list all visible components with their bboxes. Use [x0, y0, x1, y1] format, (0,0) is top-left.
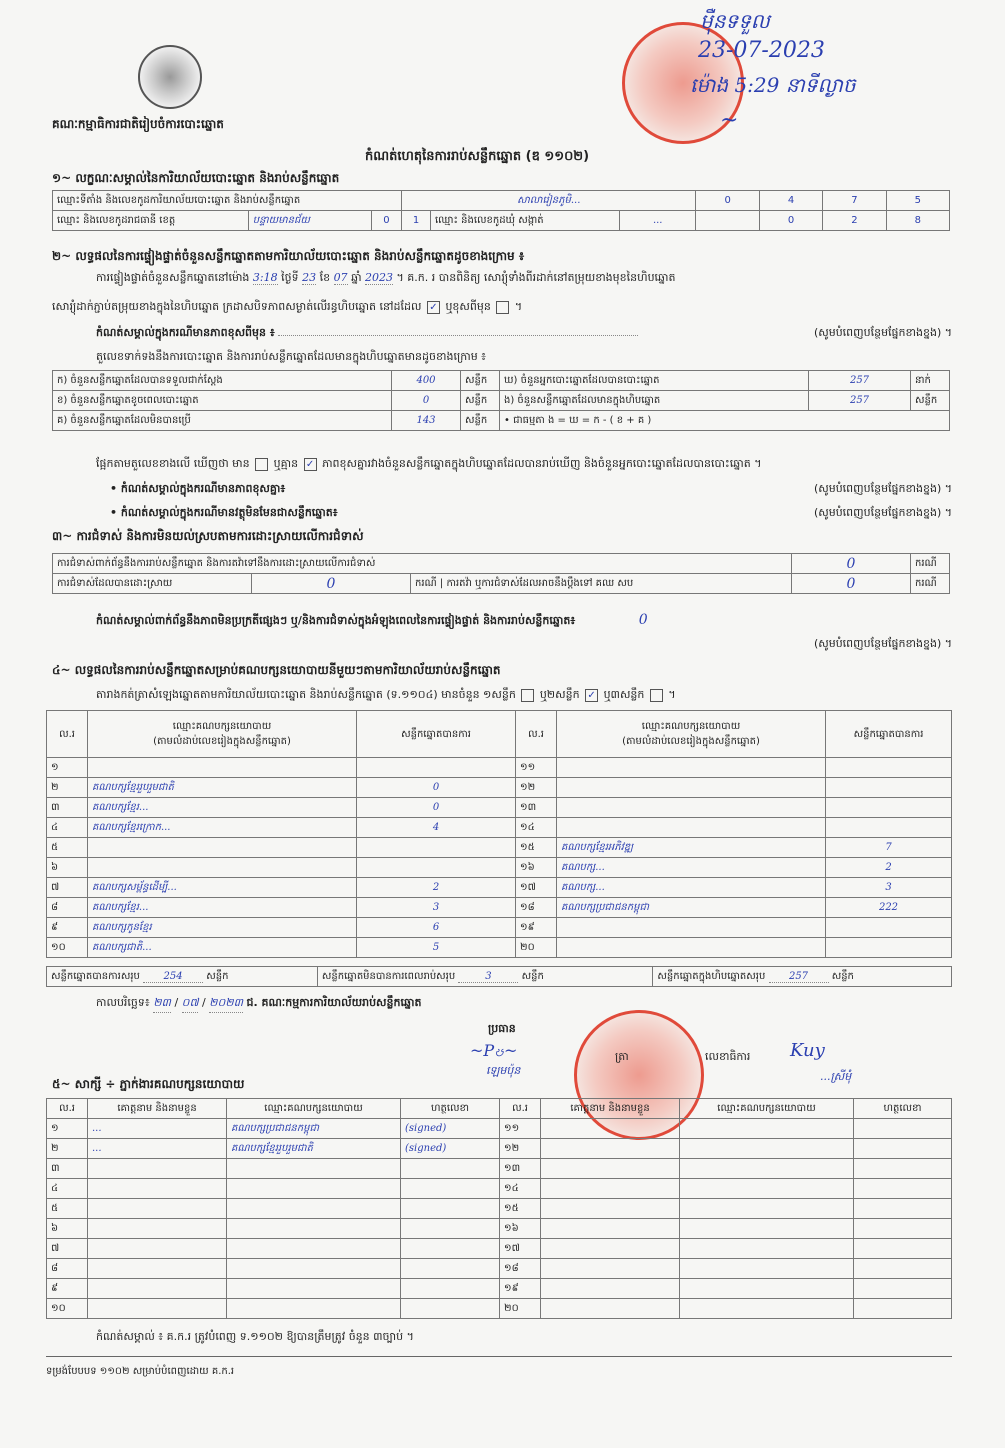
party-name: គណបក្សខ្មែរ...	[88, 798, 357, 818]
witness-name	[88, 1179, 227, 1199]
counts-table: ក) ចំនួនសន្លឹកឆ្នោតដែលបានទទួលជាក់ស្តែង 4…	[52, 370, 950, 431]
sheet-count-line: តារាងកត់ត្រាសំឡេងឆ្នោតតាមការិយាល័យបោះឆ្ន…	[96, 688, 676, 704]
party-votes: 4	[357, 818, 516, 838]
counts-row: ក) ចំនួនសន្លឹកឆ្នោតដែលបានទទួលជាក់ស្តែង 4…	[53, 371, 950, 391]
province-code-1: 0	[371, 211, 401, 231]
witness-party	[227, 1279, 401, 1299]
section1-table: ឈ្មោះទីតាំង និងលេខកូដការិយាល័យបោះឆ្នោត ន…	[52, 190, 950, 231]
row-number: ៥	[47, 838, 88, 858]
party-name: គណបក្ស...	[557, 858, 826, 878]
party-name	[557, 758, 826, 778]
witness-party	[227, 1179, 401, 1199]
count-a-value: 400	[392, 371, 461, 391]
party-votes	[826, 938, 952, 958]
witness-signature	[401, 1239, 500, 1259]
table-row: ៤១៤	[47, 1179, 952, 1199]
row-number: ១៥	[500, 1199, 541, 1219]
party-votes	[826, 918, 952, 938]
receipt-note-time: ម៉ោង 5:29 នាទីល្ងាច	[690, 72, 856, 102]
witness-signature	[854, 1199, 952, 1219]
row-number: ១៤	[516, 818, 557, 838]
witness-name	[541, 1299, 680, 1319]
witness-name	[541, 1279, 680, 1299]
row-number: ១១	[516, 758, 557, 778]
bullet-diff-line: • កំណត់សម្គាល់ក្នុងករណីមានភាពខុសគ្នា៖ (ស…	[110, 482, 952, 498]
witness-name	[88, 1279, 227, 1299]
objections-resolved: 0	[252, 574, 411, 594]
party-votes	[826, 798, 952, 818]
party-votes: 6	[357, 918, 516, 938]
receipt-note-date: 23-07-2023	[698, 38, 825, 63]
counts-row: ខ) ចំនួនសន្លឹកឆ្នោតខូចពេលបោះឆ្នោត 0 សន្ល…	[53, 391, 950, 411]
table-row: ៥១៥	[47, 1199, 952, 1219]
table-row: ៧គណបក្សសម្ព័ន្ធដើម្បី...2១៧គណបក្ស...3	[47, 878, 952, 898]
witness-signature	[854, 1219, 952, 1239]
party-name	[557, 778, 826, 798]
section3-heading: ៣~ ការជំទាស់ និងការមិនយល់ស្របតាមការដោះស្…	[52, 528, 364, 546]
row-number: ១	[47, 1119, 88, 1139]
witness-body: ១...គណបក្សប្រជាជនកម្ពុជា(signed)១១២...គណ…	[47, 1119, 952, 1319]
party-name	[88, 838, 357, 858]
row-number: ១៩	[516, 918, 557, 938]
witness-name	[88, 1159, 227, 1179]
witness-name	[88, 1259, 227, 1279]
witness-signature	[854, 1239, 952, 1259]
totals-table: សន្លឹកឆ្នោតបានការសរុប 254 សន្លឹក សន្លឹកឆ…	[46, 966, 952, 987]
witness-signature	[401, 1199, 500, 1219]
province-code-2: 1	[402, 211, 431, 231]
objection-fill-more: (សូមបំពេញបន្ថែមផ្នែកខាងខ្នង) ។	[52, 637, 952, 653]
witness-signature	[854, 1119, 952, 1139]
witness-name	[541, 1119, 680, 1139]
witness-signature: (signed)	[401, 1139, 500, 1159]
chief-signature: ~Pၓ~	[470, 1040, 517, 1064]
station-code-4: 5	[886, 191, 949, 211]
row-number: ៨	[47, 1259, 88, 1279]
table-row: ៧១៧	[47, 1239, 952, 1259]
row-number: ៦	[47, 858, 88, 878]
row-number: ១	[47, 758, 88, 778]
secretary-label: លេខាធិការ	[705, 1050, 750, 1066]
two-sheet-checkbox[interactable]: ✓	[585, 689, 598, 702]
party-name	[557, 938, 826, 958]
one-sheet-checkbox[interactable]	[521, 689, 534, 702]
verify-year: 2023	[365, 271, 393, 285]
verify-month: 07	[334, 271, 348, 285]
objections-total: 0	[792, 554, 911, 574]
table-row: ៦១៦គណបក្ស...2	[47, 858, 952, 878]
witness-name	[541, 1179, 680, 1199]
page-title: កំណត់ហេតុនៃការរាប់សន្លឹកឆ្នោត (ឌ ១១០២)	[365, 148, 589, 167]
row-number: ៨	[47, 898, 88, 918]
row-number: ១៨	[500, 1259, 541, 1279]
row-number: ១២	[500, 1139, 541, 1159]
total-valid-value: 254	[143, 971, 203, 983]
witness-table: ល.រ គោត្តនាម និងនាមខ្លួន ឈ្មោះគណបក្សនយោប…	[46, 1098, 952, 1319]
witness-signature	[401, 1259, 500, 1279]
counts-row: គ) ចំនួនសន្លឹកឆ្នោតដែលមិនបានប្រើ 143 សន្…	[53, 411, 950, 431]
row-number: ១៤	[500, 1179, 541, 1199]
witness-name	[541, 1139, 680, 1159]
table-row: ១០គណបក្សជាតិ...5២០	[47, 938, 952, 958]
party-name: គណបក្សខ្មែររួបរួមជាតិ	[88, 778, 357, 798]
row-number: ១៦	[500, 1219, 541, 1239]
party-votes: 2	[826, 858, 952, 878]
table-row: ៣គណបក្សខ្មែរ...0១៣	[47, 798, 952, 818]
witness-signature	[854, 1299, 952, 1319]
witness-signature	[401, 1299, 500, 1319]
footer-divider	[46, 1356, 952, 1357]
table-row: ២...គណបក្សខ្មែររួបរួមជាតិ(signed)១២	[47, 1139, 952, 1159]
receipt-signature: ~	[720, 108, 738, 133]
party-votes: 222	[826, 898, 952, 918]
witness-signature	[401, 1179, 500, 1199]
secretary-signature: Kuy	[790, 1040, 825, 1061]
party-name: គណបក្សខ្មែរក្រោក...	[88, 818, 357, 838]
row-number: ១៥	[516, 838, 557, 858]
witness-party: គណបក្សខ្មែររួបរួមជាតិ	[227, 1139, 401, 1159]
count-ng-value: 257	[809, 391, 911, 411]
note-diff-line: កំណត់សម្គាល់ក្នុងករណីមានភាពខុសពីមុន ៖ (ស…	[96, 326, 952, 342]
emblem-logo-icon	[138, 45, 202, 109]
row-number: ៦	[47, 1219, 88, 1239]
commune-code-1: 0	[759, 211, 822, 231]
commune-code-2: 2	[823, 211, 886, 231]
station-label: ឈ្មោះទីតាំង និងលេខកូដការិយាល័យបោះឆ្នោត ន…	[53, 191, 402, 211]
witness-party	[680, 1239, 854, 1259]
party-name: គណបក្សប្រជាជនកម្ពុជា	[557, 898, 826, 918]
table-row: ៦១៦	[47, 1219, 952, 1239]
station-code-2: 4	[759, 191, 822, 211]
station-code-3: 7	[823, 191, 886, 211]
row-number: ៤	[47, 818, 88, 838]
table-row: ៩គណបក្សកូនខ្មែរ6១៩	[47, 918, 952, 938]
intro-counts: តួលេខទាក់ទងនឹងការបោះឆ្នោត និងការរាប់សន្ល…	[96, 350, 486, 366]
count-kh-value: 0	[392, 391, 461, 411]
objection-note-value: 0	[639, 612, 648, 628]
witness-signature	[854, 1279, 952, 1299]
changed-checkbox[interactable]	[496, 301, 509, 314]
organization-name: គណៈកម្មាធិការជាតិរៀបចំការបោះឆ្នោត	[52, 116, 224, 134]
row-number: ១០	[47, 938, 88, 958]
row-number: ១០	[47, 1299, 88, 1319]
witness-signature	[854, 1139, 952, 1159]
province-value: បន្ទាយមានជ័យ	[248, 211, 371, 231]
witness-name	[541, 1259, 680, 1279]
row-number: ១២	[516, 778, 557, 798]
witness-signature	[401, 1159, 500, 1179]
station-value: សាលារៀនភូមិ...	[402, 191, 696, 211]
witness-party	[680, 1139, 854, 1159]
witness-name	[88, 1199, 227, 1219]
party-votes	[826, 758, 952, 778]
party-name: គណបក្សខ្មែរ...	[88, 898, 357, 918]
witness-party	[227, 1159, 401, 1179]
section1-heading: ១~ លក្ខណៈសម្គាល់នៃការិយាល័យបោះឆ្នោត និងរ…	[52, 170, 339, 188]
row-number: ១៦	[516, 858, 557, 878]
witness-party	[227, 1199, 401, 1219]
row-number: ៧	[47, 878, 88, 898]
witness-name	[88, 1219, 227, 1239]
party-name: គណបក្សខ្មែរអភិវឌ្ឍ	[557, 838, 826, 858]
section2-heading: ២~ លទ្ធផលនៃការផ្ទៀងផ្ទាត់ចំនួនសន្លឹកឆ្នោ…	[52, 248, 524, 266]
station-code-1: 0	[696, 191, 759, 211]
date-line: កាលបរិច្ឆេទ៖ ២៣ / ០៧ / ២០២៣ ជ. គណៈកម្មកា…	[96, 996, 421, 1013]
party-votes: 2	[357, 878, 516, 898]
verify-time: 3:18	[253, 271, 278, 285]
table-row: ៩១៩	[47, 1279, 952, 1299]
witness-signature	[401, 1279, 500, 1299]
party-votes: 7	[826, 838, 952, 858]
witness-name	[541, 1219, 680, 1239]
party-votes	[826, 818, 952, 838]
witness-signature	[401, 1219, 500, 1239]
row-number: ១៣	[500, 1159, 541, 1179]
commune-value: ...	[620, 211, 696, 231]
party-name	[557, 798, 826, 818]
party-name: គណបក្សកូនខ្មែរ	[88, 918, 357, 938]
party-votes	[357, 758, 516, 778]
total-invalid-value: 3	[458, 971, 518, 983]
witness-name: ...	[88, 1119, 227, 1139]
row-number: ២	[47, 1139, 88, 1159]
witness-party	[680, 1299, 854, 1319]
province-label: ឈ្មោះ និងលេខកូដរាជធានី ខេត្ត	[53, 211, 249, 231]
party-name: គណបក្សសម្ព័ន្ធដើម្បី...	[88, 878, 357, 898]
witness-party	[680, 1259, 854, 1279]
witness-party	[680, 1199, 854, 1219]
party-name: គណបក្ស...	[557, 878, 826, 898]
witness-party	[680, 1179, 854, 1199]
witness-party	[227, 1259, 401, 1279]
table-row: ៣១៣	[47, 1159, 952, 1179]
table-row: ៨គណបក្សខ្មែរ...3១៨គណបក្សប្រជាជនកម្ពុជា22…	[47, 898, 952, 918]
stamp-label: ត្រា	[615, 1050, 629, 1066]
witness-name	[541, 1239, 680, 1259]
witness-party	[227, 1219, 401, 1239]
row-number: ១៩	[500, 1279, 541, 1299]
witness-name	[88, 1239, 227, 1259]
witness-party	[227, 1239, 401, 1259]
receipt-note-line1: ម៉ឺនទទួល	[700, 8, 770, 38]
row-number: ២០	[516, 938, 557, 958]
row-number: ២	[47, 778, 88, 798]
witness-party: គណបក្សប្រជាជនកម្ពុជា	[227, 1119, 401, 1139]
party-name	[557, 818, 826, 838]
row-number: ២០	[500, 1299, 541, 1319]
witness-signature	[854, 1259, 952, 1279]
objections-appealed: 0	[792, 574, 911, 594]
section5-heading: ៥~ សាក្សី ÷ ភ្នាក់ងារគណបក្សនយោបាយ	[52, 1076, 244, 1094]
row-number: ១៧	[500, 1239, 541, 1259]
party-votes: 3	[826, 878, 952, 898]
total-box-value: 257	[769, 971, 829, 983]
row-number: ១៧	[516, 878, 557, 898]
date-day: ២៣	[153, 996, 171, 1013]
chief-label: ប្រធាន	[488, 1022, 516, 1038]
witness-party	[680, 1159, 854, 1179]
witness-signature	[854, 1179, 952, 1199]
row-number: ៩	[47, 1279, 88, 1299]
party-votes: 0	[357, 798, 516, 818]
witness-signature	[854, 1159, 952, 1179]
witness-signature: (signed)	[401, 1119, 500, 1139]
no-diff-checkbox[interactable]: ✓	[304, 458, 317, 471]
party-name	[88, 758, 357, 778]
witness-party	[680, 1279, 854, 1299]
witness-party	[227, 1299, 401, 1319]
objections-table: ការជំទាស់ពាក់ព័ន្ធនឹងការរាប់សន្លឹកឆ្នោត …	[52, 553, 950, 594]
count-k-value: 143	[392, 411, 461, 431]
witness-name	[541, 1159, 680, 1179]
party-name: គណបក្សជាតិ...	[88, 938, 357, 958]
party-votes	[826, 778, 952, 798]
row-number: ៤	[47, 1179, 88, 1199]
objection-note-line: កំណត់សម្គាល់ពាក់ព័ន្ធនឹងភាពមិនប្រក្រតីផ្…	[96, 612, 956, 630]
row-number: ១៨	[516, 898, 557, 918]
row-number: ១១	[500, 1119, 541, 1139]
compare-line: ផ្អែកតាមតួលេខខាងលើ ឃើញថា មាន ឬគ្មាន ✓ ភា…	[96, 457, 956, 473]
footnote: កំណត់សម្គាល់ ៖ គ.ក.រ ត្រូវបំពេញ ទ.១១០២ ឱ…	[96, 1330, 414, 1346]
count-gh-value: 257	[809, 371, 911, 391]
section4-heading: ៤~ លទ្ធផលនៃការរាប់សន្លឹកឆ្នោតសម្រាប់គណបក…	[52, 662, 501, 680]
table-row: ៨១៨	[47, 1259, 952, 1279]
witness-party	[680, 1119, 854, 1139]
party-results-body: ១១១២គណបក្សខ្មែររួបរួមជាតិ0១២៣គណបក្សខ្មែរ…	[47, 758, 952, 958]
row-number: ៥	[47, 1199, 88, 1219]
intact-checkbox[interactable]: ✓	[427, 301, 440, 314]
row-number: ៧	[47, 1239, 88, 1259]
party-votes	[357, 858, 516, 878]
bullet-nonballot-line: • កំណត់សម្គាល់ក្នុងករណីមានវត្ថុមិនមែនជាស…	[110, 506, 952, 522]
row-number: ៣	[47, 798, 88, 818]
party-votes: 3	[357, 898, 516, 918]
party-votes	[357, 838, 516, 858]
date-month: ០៧	[182, 996, 199, 1013]
commune-code-3: 8	[886, 211, 949, 231]
witness-name	[541, 1199, 680, 1219]
row-number: ៩	[47, 918, 88, 938]
table-row: ១...គណបក្សប្រជាជនកម្ពុជា(signed)១១	[47, 1119, 952, 1139]
three-sheet-checkbox[interactable]	[650, 689, 663, 702]
party-votes: 0	[357, 778, 516, 798]
commune-label: ឈ្មោះ និងលេខកូដឃុំ សង្កាត់	[431, 211, 620, 231]
party-results-table: ល.រ ឈ្មោះគណបក្សនយោបាយ(តាមលំដាប់លេខរៀងក្ន…	[46, 710, 952, 958]
verify-line-2: សោរ្យុំដាក់ភ្ជាប់តម្រុយខាងក្នុងនៃហិបឆ្នោ…	[52, 300, 952, 316]
footer-text: ទម្រង់បែបបទ ១១០២ សម្រាប់បំពេញដោយ គ.ក.រ	[46, 1364, 234, 1379]
table-row: ២គណបក្សខ្មែររួបរួមជាតិ0១២	[47, 778, 952, 798]
row-number: ១៣	[516, 798, 557, 818]
document-page: គណៈកម្មាធិការជាតិរៀបចំការបោះឆ្នោត កំណត់ហ…	[0, 0, 1005, 1448]
witness-name: ...	[88, 1139, 227, 1159]
party-votes: 5	[357, 938, 516, 958]
has-diff-checkbox[interactable]	[255, 458, 268, 471]
witness-name	[88, 1299, 227, 1319]
party-name	[557, 918, 826, 938]
table-row: ៤គណបក្សខ្មែរក្រោក...4១៤	[47, 818, 952, 838]
verify-line-1: ការផ្ទៀងផ្ទាត់ចំនួនសន្លឹកឆ្នោតនៅម៉ោង 3:1…	[96, 271, 956, 287]
date-year: ២០២៣	[209, 996, 243, 1013]
chief-name: ឡេមប៉ុន	[486, 1064, 520, 1080]
witness-party	[680, 1219, 854, 1239]
table-row: ៥១៥គណបក្សខ្មែរអភិវឌ្ឍ7	[47, 838, 952, 858]
table-row: ១០២០	[47, 1299, 952, 1319]
secretary-name: ...ស្រីមុំ	[820, 1070, 851, 1086]
verify-day: 23	[302, 271, 316, 285]
row-number: ៣	[47, 1159, 88, 1179]
table-row: ១១១	[47, 758, 952, 778]
party-name	[88, 858, 357, 878]
